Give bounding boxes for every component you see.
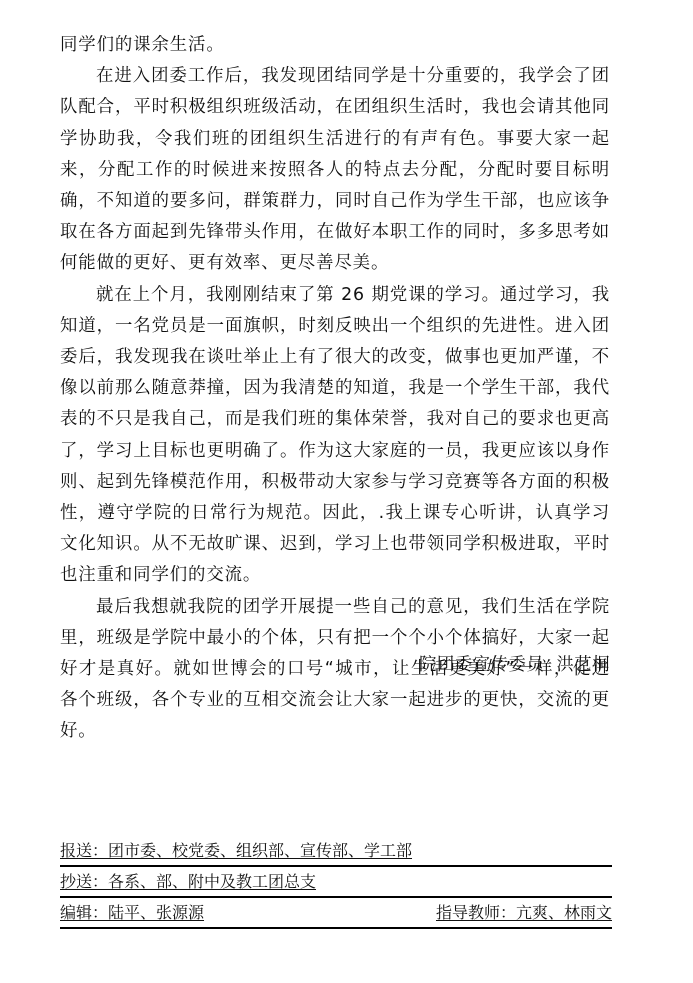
advisors-text: 指导教师：亢爽、林雨文 — [436, 898, 612, 927]
distribution-footer: 报送：团市委、校党委、组织部、宣传部、学工部 抄送：各系、部、附中及教工团总支 … — [60, 836, 612, 929]
copy-to-row: 抄送：各系、部、附中及教工团总支 — [60, 867, 612, 898]
signature: 院团委宣传委员 洪艺桐 — [60, 650, 610, 681]
paragraph-2: 在进入团委工作后，我发现团结同学是十分重要的，我学会了团队配合，平时积极组织班级… — [60, 61, 610, 279]
editors-row: 编辑：陆平、张源源 指导教师：亢爽、林雨文 — [60, 898, 612, 929]
document-body: 同学们的课余生活。 在进入团委工作后，我发现团结同学是十分重要的，我学会了团队配… — [60, 30, 610, 748]
paragraph-3: 就在上个月，我刚刚结束了第 26 期党课的学习。通过学习，我知道，一名党员是一面… — [60, 280, 610, 592]
copy-to-text: 抄送：各系、部、附中及教工团总支 — [60, 867, 316, 896]
report-to-text: 报送：团市委、校党委、组织部、宣传部、学工部 — [60, 836, 412, 865]
editors-text: 编辑：陆平、张源源 — [60, 898, 204, 927]
report-to-row: 报送：团市委、校党委、组织部、宣传部、学工部 — [60, 836, 612, 867]
paragraph-1: 同学们的课余生活。 — [60, 30, 610, 61]
